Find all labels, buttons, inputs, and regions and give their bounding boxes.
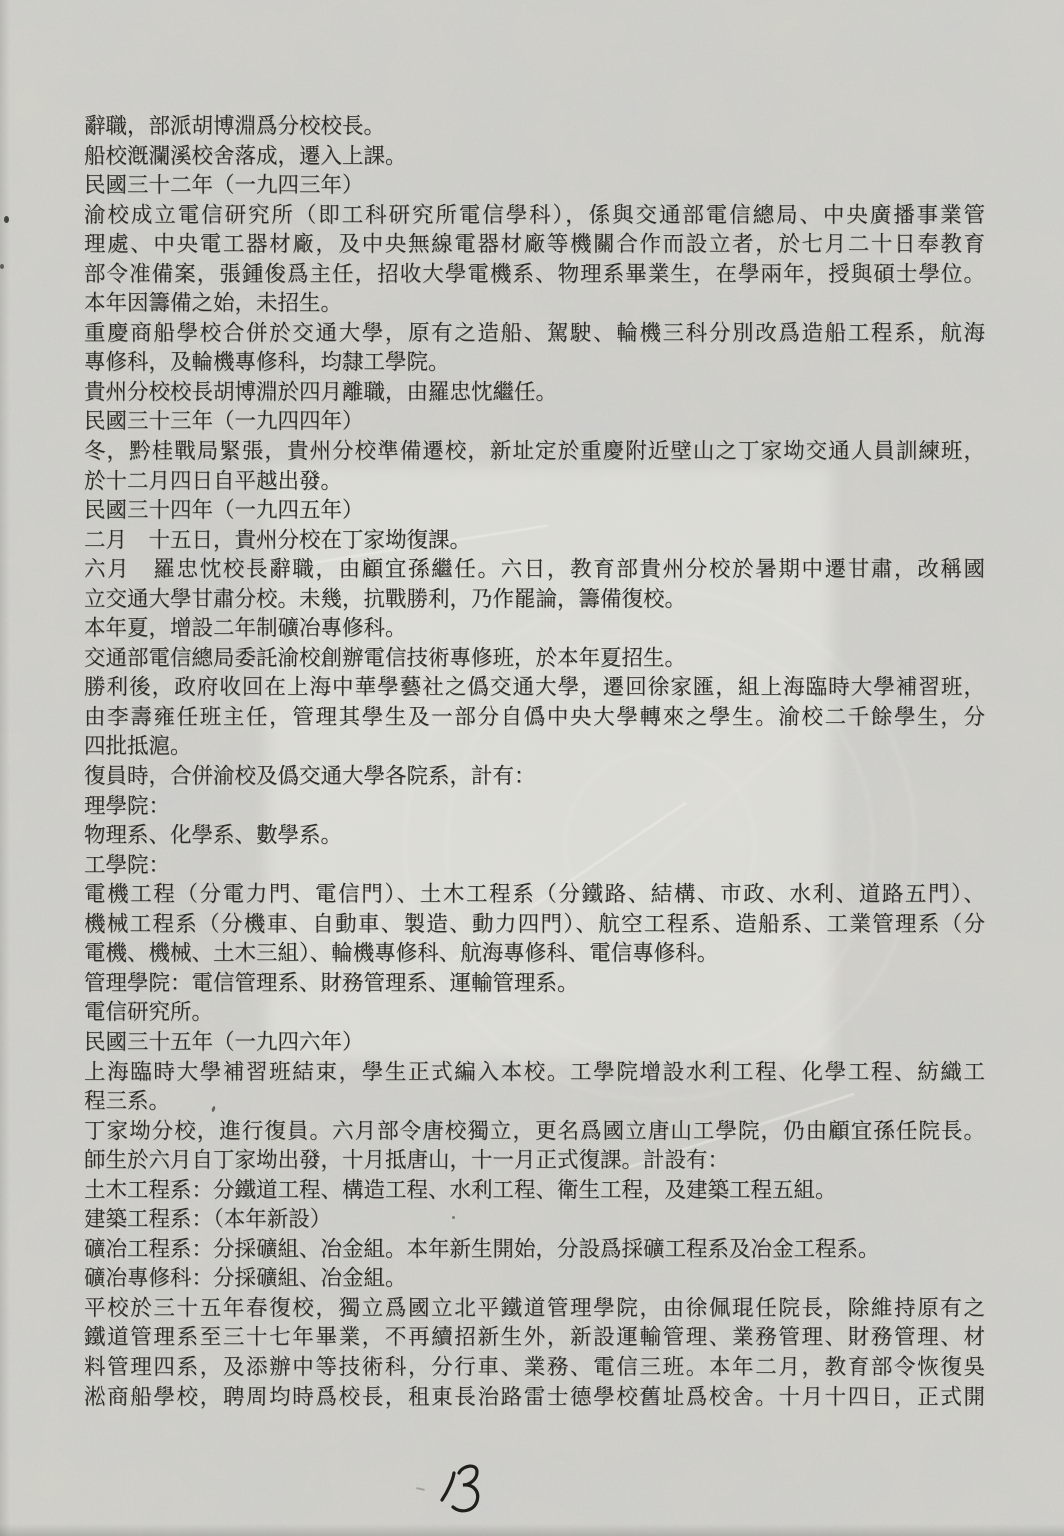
text-line: 部令准備案，張鍾俊爲主任，招收大學電機系、物理系畢業生，在學兩年，授與碩士學位。 [84, 260, 985, 290]
text-line: 於十二月四日自平越出發。 [84, 467, 985, 497]
text-line: 土木工程系：分鐵道工程、構造工程、水利工程、衛生工程，及建築工程五組。 [84, 1176, 985, 1206]
text-line: 辭職，部派胡博淵爲分校校長。 [84, 112, 985, 142]
text-line: 礦冶專修科：分採礦組、冶金組。 [84, 1264, 985, 1294]
text-line: 民國三十四年（一九四五年） [84, 496, 985, 526]
text-line: 勝利後，政府收回在上海中華學藝社之僞交通大學，遷回徐家匯，組上海臨時大學補習班， [84, 673, 985, 703]
text-line: 師生於六月自丁家坳出發，十月抵唐山，十一月正式復課。計設有： [84, 1146, 985, 1176]
page-edge-shadow-bottom [0, 1524, 1064, 1536]
scanned-page: 辭職，部派胡博淵爲分校校長。船校漑瀾溪校舍落成，遷入上課。民國三十二年（一九四三… [0, 0, 1064, 1536]
text-line: 電信研究所。 [84, 998, 985, 1028]
text-line: 四批抵滬。 [84, 732, 985, 762]
paper-speck [4, 216, 9, 223]
text-line: 由李壽雍任班主任，管理其學生及一部分自僞中央大學轉來之學生。渝校二千餘學生，分 [84, 703, 985, 733]
text-line: 礦冶工程系：分採礦組、冶金組。本年新生開始，分設爲採礦工程系及冶金工程系。 [84, 1235, 985, 1265]
text-line: 平校於三十五年春復校，獨立爲國立北平鐵道管理學院，由徐佩琨任院長，除維持原有之 [84, 1294, 985, 1324]
text-line: 本年因籌備之始，未招生。 [84, 289, 985, 319]
text-line: 電機、機械、土木三組）、輪機專修科、航海專修科、電信專修科。 [84, 939, 985, 969]
text-line: 工學院： [84, 851, 985, 881]
text-line: 淞商船學校，聘周均時爲校長，租東長治路雷士德學校舊址爲校舍。十月十四日，正式開 [84, 1383, 985, 1413]
text-line: 冬，黔桂戰局緊張，貴州分校準備遷校，新址定於重慶附近壁山之丁家坳交通人員訓練班， [84, 437, 985, 467]
text-line: 電機工程（分電力門、電信門）、土木工程系（分鐵路、結構、市政、水利、道路五門）、 [84, 880, 985, 910]
text-line: 船校漑瀾溪校舍落成，遷入上課。 [84, 142, 985, 172]
text-line: 六月 羅忠忱校長辭職，由顧宜孫繼任。六日，教育部貴州分校於暑期中遷甘肅，改稱國 [84, 555, 985, 585]
pencil-tick [416, 1487, 425, 1491]
handwritten-page-number [428, 1456, 492, 1520]
text-line: 民國三十三年（一九四四年） [84, 407, 985, 437]
text-line: 料管理四系，及添辦中等技術科，分行車、業務、電信三班。本年二月，教育部令恢復吳 [84, 1353, 985, 1383]
paper-speck [0, 264, 4, 269]
text-line: 二月 十五日，貴州分校在丁家坳復課。 [84, 526, 985, 556]
text-line: 理處、中央電工器材廠，及中央無線電器材廠等機關合作而設立者，於七月二十日奉教育 [84, 230, 985, 260]
text-block: 辭職，部派胡博淵爲分校校長。船校漑瀾溪校舍落成，遷入上課。民國三十二年（一九四三… [84, 112, 985, 1412]
text-line: 復員時，合併渝校及僞交通大學各院系，計有： [84, 762, 985, 792]
text-line: 本年夏，增設二年制礦冶專修科。 [84, 614, 985, 644]
text-line: 物理系、化學系、數學系。 [84, 821, 985, 851]
text-line: 專修科，及輪機專修科，均隸工學院。 [84, 348, 985, 378]
text-line: 渝校成立電信研究所（即工科研究所電信學科），係與交通部電信總局、中央廣播事業管 [84, 201, 985, 231]
text-line: 建築工程系：（本年新設） [84, 1205, 985, 1235]
text-line: 程三系。 [84, 1087, 985, 1117]
text-line: 機械工程系（分機車、自動車、製造、動力四門）、航空工程系、造船系、工業管理系（分 [84, 910, 985, 940]
text-line: 鐵道管理系至三十七年畢業，不再續招新生外，新設運輸管理、業務管理、財務管理、材 [84, 1323, 985, 1353]
text-line: 交通部電信總局委託渝校創辦電信技術專修班，於本年夏招生。 [84, 644, 985, 674]
text-line: 民國三十五年（一九四六年） [84, 1028, 985, 1058]
text-line: 立交通大學甘肅分校。未幾，抗戰勝利，乃作罷論，籌備復校。 [84, 585, 985, 615]
text-line: 管理學院：電信管理系、財務管理系、運輸管理系。 [84, 969, 985, 999]
text-line: 民國三十二年（一九四三年） [84, 171, 985, 201]
text-line: 重慶商船學校合併於交通大學，原有之造船、駕駛、輪機三科分別改爲造船工程系，航海 [84, 319, 985, 349]
text-line: 理學院： [84, 792, 985, 822]
page-edge-shadow-left [0, 0, 10, 1536]
text-line: 丁家坳分校，進行復員。六月部令唐校獨立，更名爲國立唐山工學院，仍由顧宜孫任院長。 [84, 1117, 985, 1147]
text-line: 貴州分校校長胡博淵於四月離職，由羅忠忱繼任。 [84, 378, 985, 408]
text-line: 上海臨時大學補習班結束，學生正式編入本校。工學院增設水利工程、化學工程、紡織工 [84, 1058, 985, 1088]
